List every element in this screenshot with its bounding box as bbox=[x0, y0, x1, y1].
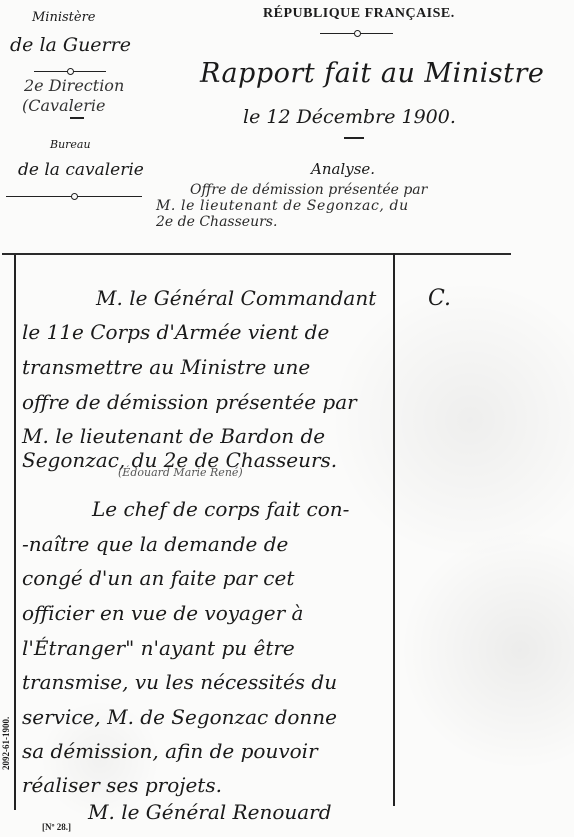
frame-top-rule bbox=[2, 253, 511, 255]
body-line: l'Étranger" n'ayant pu être bbox=[22, 636, 295, 660]
name-annotation: (Édouard Marie René) bbox=[118, 466, 243, 479]
analysis-heading: Analyse. bbox=[311, 160, 375, 178]
analysis-line: M. le lieutenant de Segonzac, du bbox=[156, 198, 409, 214]
republic-heading: RÉPUBLIQUE FRANÇAISE. bbox=[263, 6, 455, 22]
body-line: M. le Général Renouard bbox=[88, 800, 332, 824]
body-line: transmise, vu les nécessités du bbox=[22, 670, 337, 694]
body-line: service, M. de Segonzac donne bbox=[22, 705, 337, 729]
body-line: M. le Général Commandant bbox=[96, 286, 376, 310]
body-line: Le chef de corps fait con- bbox=[92, 497, 349, 521]
report-title: Rapport fait au Ministre bbox=[200, 58, 544, 89]
bureau-name: de la cavalerie bbox=[18, 160, 144, 180]
analysis-line: Offre de démission présentée par bbox=[190, 182, 427, 198]
direction-label: 2e Direction bbox=[24, 76, 124, 95]
margin-mark: C. bbox=[428, 286, 451, 311]
body-line: sa démission, afin de pouvoir bbox=[22, 739, 318, 763]
short-rule bbox=[70, 117, 84, 119]
bureau-label: Bureau bbox=[50, 138, 91, 151]
division-label: (Cavalerie bbox=[22, 96, 105, 115]
body-line: offre de démission présentée par bbox=[22, 390, 357, 414]
ministry-label: Ministère bbox=[32, 10, 96, 25]
body-line: transmettre au Ministre une bbox=[22, 355, 310, 379]
body-line: le 11e Corps d'Armée vient de bbox=[22, 320, 329, 344]
body-line: réaliser ses projets. bbox=[22, 773, 222, 797]
form-number: [Nº 28.] bbox=[42, 822, 71, 832]
analysis-line: 2e de Chasseurs. bbox=[156, 214, 277, 230]
body-line: congé d'un an faite par cet bbox=[22, 566, 294, 590]
document-page: Ministère de la Guerre 2e Direction (Cav… bbox=[0, 0, 574, 837]
archive-stamp: 2092-61-1900. bbox=[1, 717, 11, 770]
short-rule bbox=[344, 137, 364, 139]
column-divider bbox=[393, 253, 395, 806]
ornamental-rule bbox=[34, 71, 106, 72]
report-date: le 12 Décembre 1900. bbox=[243, 106, 456, 128]
ornamental-rule bbox=[6, 196, 142, 197]
frame-left-rule bbox=[14, 255, 16, 810]
body-line: -naître que la demande de bbox=[22, 532, 288, 556]
ministry-name: de la Guerre bbox=[10, 34, 131, 56]
body-line: officier en vue de voyager à bbox=[22, 601, 303, 625]
body-line: M. le lieutenant de Bardon de bbox=[22, 424, 325, 448]
ornamental-rule bbox=[320, 33, 393, 34]
